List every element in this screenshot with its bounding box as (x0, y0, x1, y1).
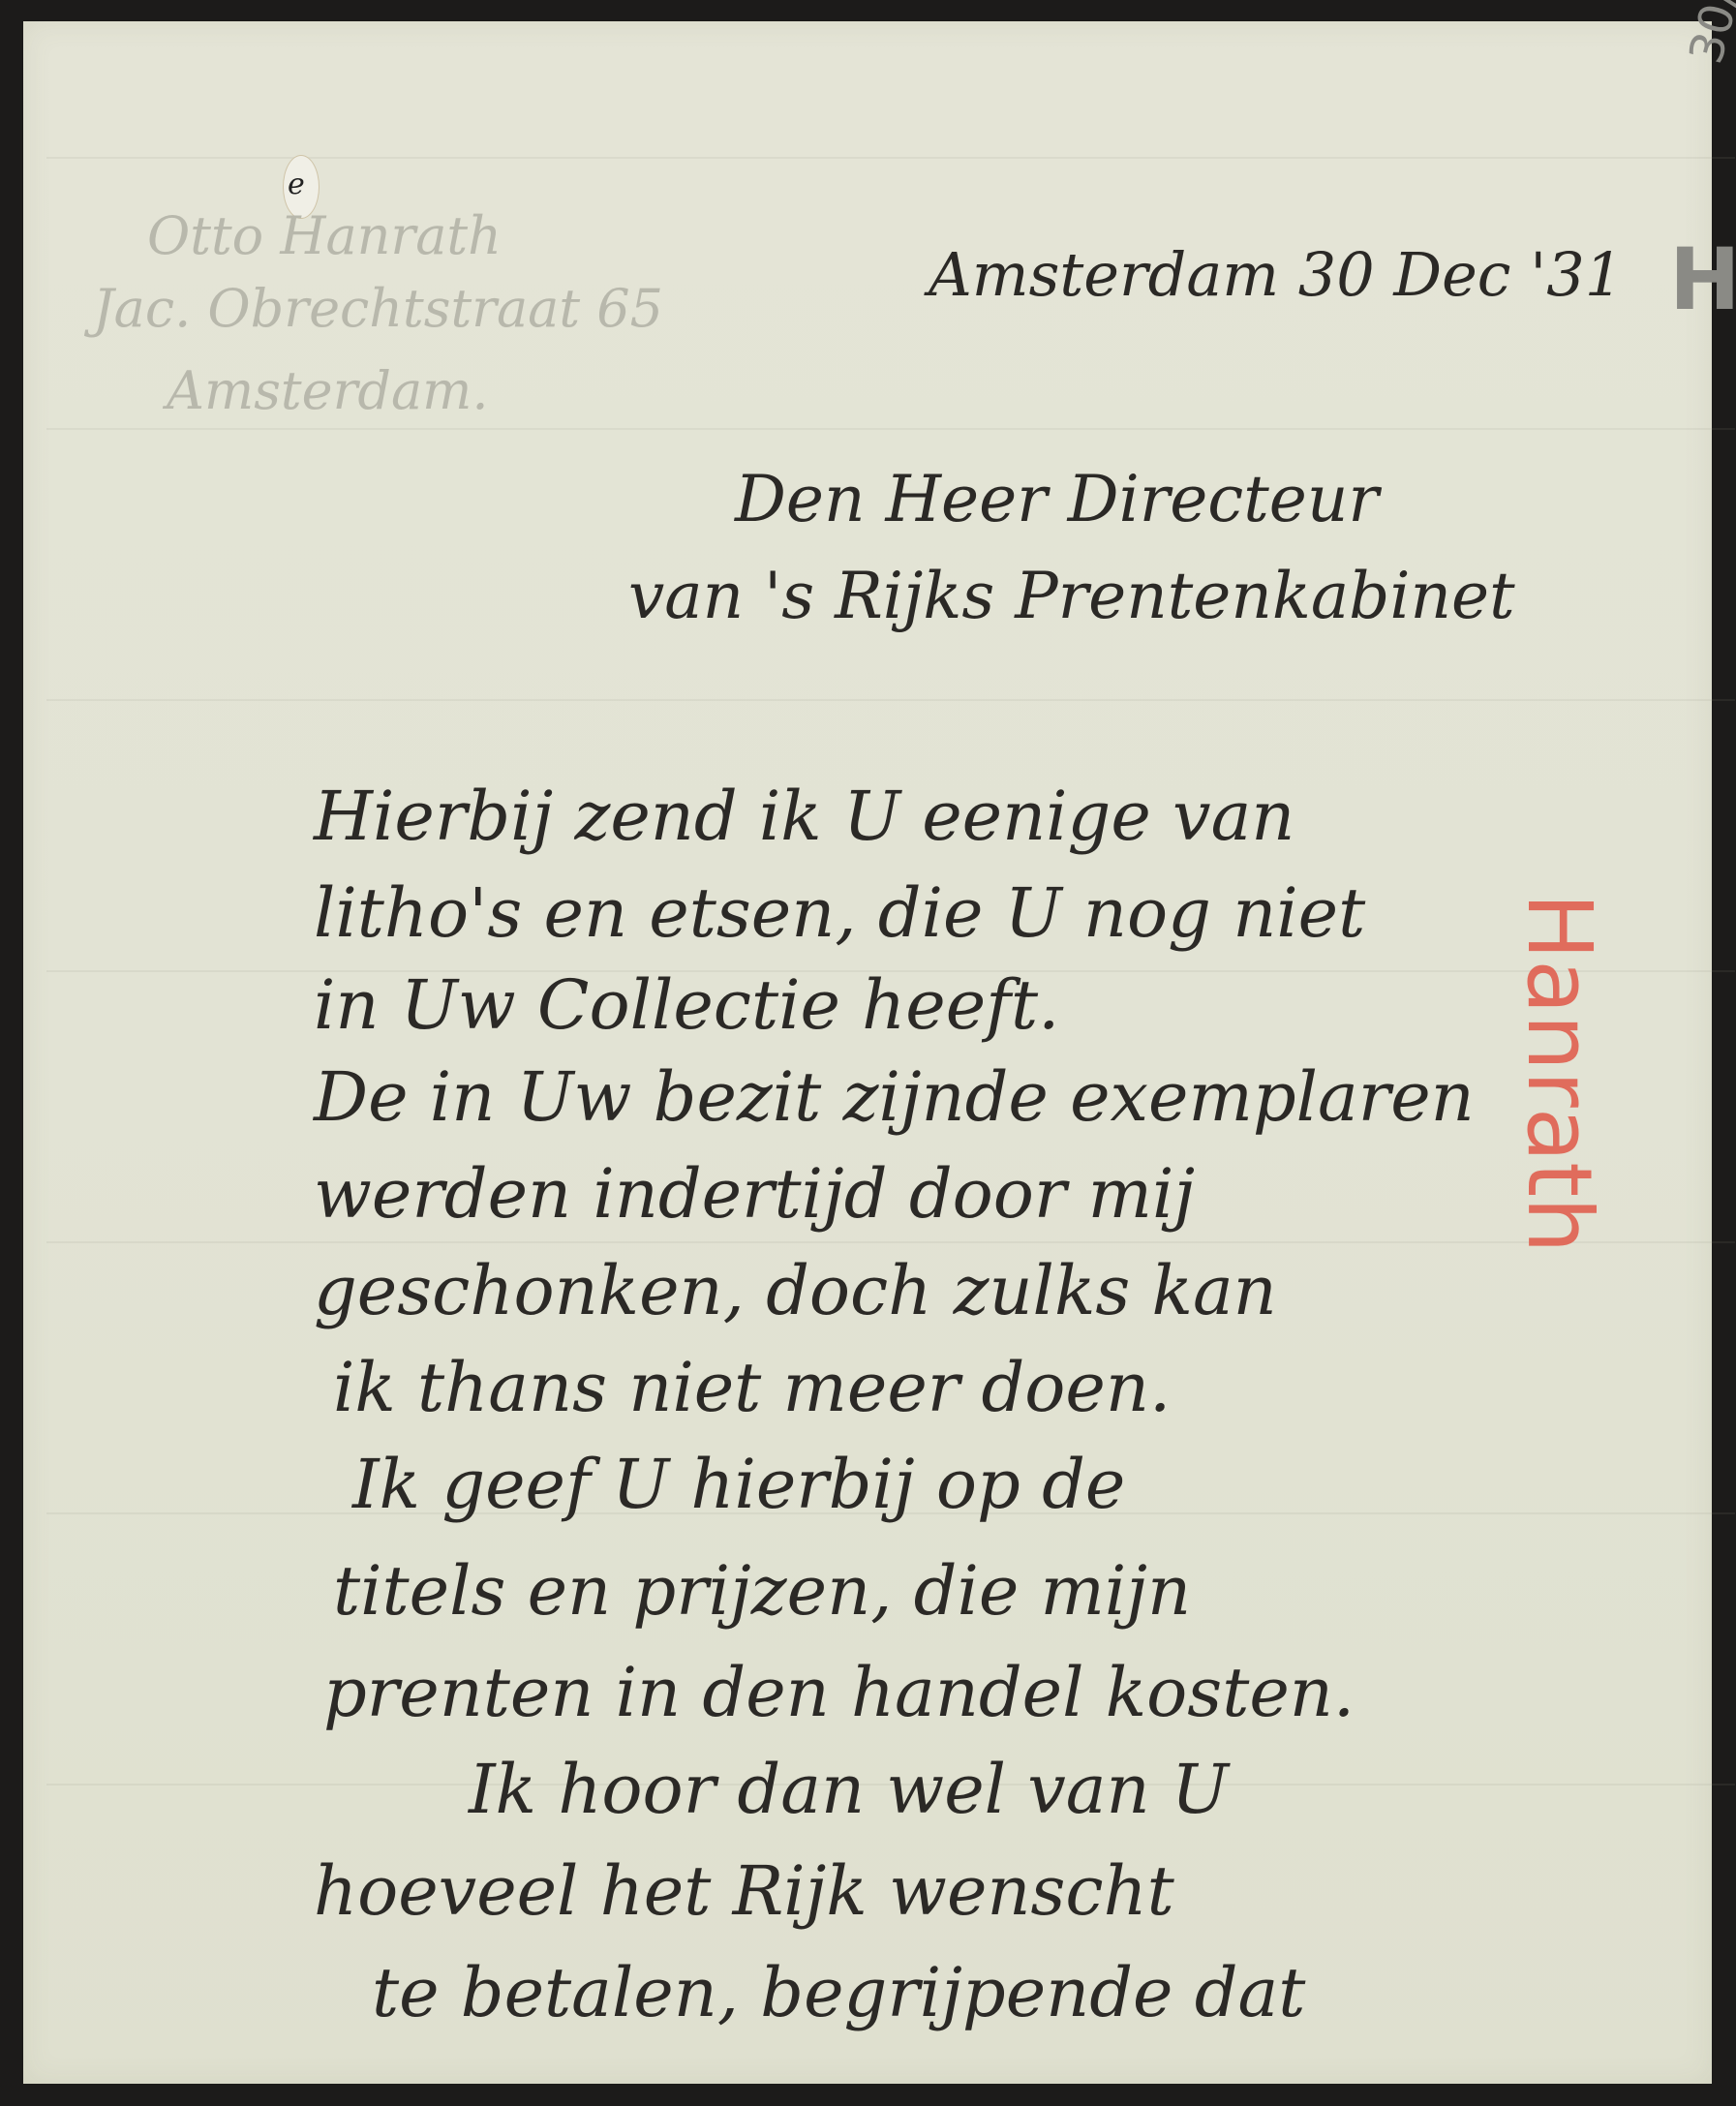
letterhead-street: Jac. Obrechtstraat 65 (93, 278, 663, 339)
pencil-number-annotation: 30/12 (1679, 0, 1736, 69)
body-line: te betalen, begrijpende dat (372, 1953, 1305, 2032)
pencil-letter-annotation: H (1669, 229, 1736, 329)
letter-paper: e Otto Hanrath Jac. Obrechtstraat 65 Ams… (23, 21, 1712, 2084)
letterhead-name: Otto Hanrath (147, 205, 502, 266)
body-line: ik thans niet meer doen. (333, 1348, 1171, 1427)
body-line: prenten in den handel kosten. (323, 1653, 1355, 1732)
ruling-line (46, 428, 1735, 430)
body-line: in Uw Collectie heeft. (314, 965, 1059, 1045)
body-line: litho's en etsen, die U nog niet (314, 873, 1365, 953)
body-line: Hierbij zend ik U eenige van (314, 777, 1294, 856)
body-line: werden indertijd door mij (314, 1154, 1195, 1234)
body-line: geschonken, doch zulks kan (314, 1251, 1277, 1330)
body-line: Ik geef U hierbij op de (352, 1445, 1125, 1524)
punch-hole-mark: e (288, 168, 305, 201)
salutation-line-1: Den Heer Directeur (735, 462, 1379, 536)
body-line: Ik hoor dan wel van U (469, 1750, 1229, 1829)
salutation-line-2: van 's Rijks Prentenkabinet (628, 559, 1515, 633)
ruling-line (46, 699, 1735, 701)
letterhead-city: Amsterdam. (167, 360, 489, 421)
body-line: hoeveel het Rijk wenscht (314, 1851, 1174, 1931)
ruling-line (46, 1241, 1735, 1243)
date-line: Amsterdam 30 Dec '31 (929, 239, 1623, 310)
body-line: titels en prijzen, die mijn (333, 1551, 1191, 1631)
body-line: De in Uw bezit zijnde exemplaren (314, 1057, 1475, 1137)
red-crayon-annotation: Hanrath (1508, 893, 1611, 1253)
